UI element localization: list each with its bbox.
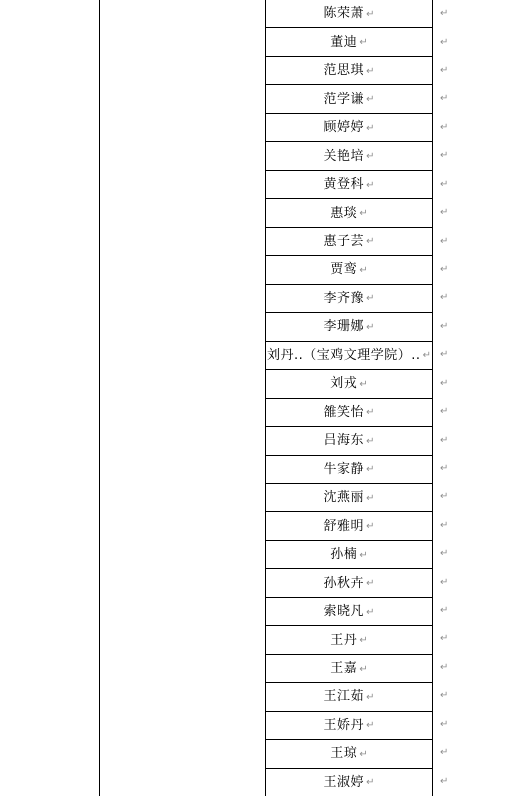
name-column: 陈荣萧 ↵ 董迪 ↵ 范思琪 ↵ 范学谦 ↵ 顾婷婷 ↵ 关艳培 ↵ 黄登科 ↵… (265, 0, 433, 796)
table-row[interactable]: 王娇丹 ↵ (266, 712, 432, 740)
table-row[interactable]: 沈燕丽 ↵ (266, 484, 432, 512)
student-name: 孙秋卉 (324, 577, 365, 590)
student-name: 董迪 (330, 36, 357, 49)
student-name: 黄登科 (324, 178, 365, 191)
row-end-mark-row: ↵ (434, 284, 464, 312)
student-name: 刘戎 (330, 377, 357, 390)
row-end-mark-row: ↵ (434, 426, 464, 454)
student-name: 牛家静 (324, 463, 365, 476)
paragraph-mark-icon: ↵ (366, 181, 374, 191)
student-name: 惠子芸 (324, 235, 365, 248)
row-end-mark-row: ↵ (434, 568, 464, 596)
paragraph-mark-icon: ↵ (366, 721, 374, 731)
table-row[interactable]: 关艳培 ↵ (266, 142, 432, 170)
row-end-mark-icon: ↵ (440, 265, 448, 275)
paragraph-mark-icon: ↵ (366, 294, 374, 304)
paragraph-mark-icon: ↵ (359, 551, 367, 561)
paragraph-mark-icon: ↵ (366, 778, 374, 788)
paragraph-mark-icon: ↵ (366, 494, 374, 504)
row-end-mark-icon: ↵ (440, 492, 448, 502)
student-name: 惠琰 (330, 207, 357, 220)
row-end-mark-row: ↵ (434, 625, 464, 653)
student-name: 孙楠 (330, 548, 357, 561)
student-name: 王淑婷 (324, 776, 365, 789)
row-end-mark-icon: ↵ (440, 606, 448, 616)
row-end-mark-icon: ↵ (440, 38, 448, 48)
row-end-mark-icon: ↵ (440, 578, 448, 588)
row-end-mark-icon: ↵ (440, 151, 448, 161)
row-end-mark-icon: ↵ (440, 634, 448, 644)
table-row[interactable]: 吕海东 ↵ (266, 427, 432, 455)
row-end-mark-row: ↵ (434, 711, 464, 739)
row-end-mark-row: ↵ (434, 682, 464, 710)
row-end-mark-row: ↵ (434, 398, 464, 426)
student-name: 吕海东 (324, 434, 365, 447)
row-end-marks-column: ↵ ↵ ↵ ↵ ↵ ↵ ↵ ↵ ↵ ↵ ↵ ↵ ↵ ↵ ↵ ↵ (434, 0, 464, 796)
table-row[interactable]: 王丹 ↵ (266, 626, 432, 654)
table-row[interactable]: 王琼 ↵ (266, 740, 432, 768)
paragraph-mark-icon: ↵ (366, 408, 374, 418)
table-row[interactable]: 李齐豫 ↵ (266, 285, 432, 313)
row-end-mark-row: ↵ (434, 28, 464, 56)
row-end-mark-icon: ↵ (440, 549, 448, 559)
paragraph-mark-icon: ↵ (366, 437, 374, 447)
paragraph-mark-icon: ↵ (366, 579, 374, 589)
row-end-mark-icon: ↵ (440, 720, 448, 730)
row-end-mark-row: ↵ (434, 512, 464, 540)
row-end-mark-icon: ↵ (440, 777, 448, 787)
table-row[interactable]: 陈荣萧 ↵ (266, 0, 432, 28)
student-name: 范思琪 (324, 64, 365, 77)
row-end-mark-icon: ↵ (440, 521, 448, 531)
student-name: 王琼 (330, 747, 357, 760)
paragraph-mark-icon: ↵ (366, 152, 374, 162)
row-end-mark-icon: ↵ (440, 66, 448, 76)
row-end-mark-icon: ↵ (440, 293, 448, 303)
paragraph-mark-icon: ↵ (359, 38, 367, 48)
row-end-mark-icon: ↵ (440, 407, 448, 417)
student-name: 李齐豫 (324, 292, 365, 305)
paragraph-mark-icon: ↵ (366, 323, 374, 333)
paragraph-mark-icon: ↵ (366, 465, 374, 475)
table-row[interactable]: 牛家静 ↵ (266, 456, 432, 484)
table-row[interactable]: 王淑婷 ↵ (266, 769, 432, 796)
table-row[interactable]: 董迪 ↵ (266, 28, 432, 56)
table-row[interactable]: 雒笑怡 ↵ (266, 399, 432, 427)
table-row[interactable]: 李珊娜 ↵ (266, 313, 432, 341)
student-name: 范学谦 (324, 93, 365, 106)
paragraph-mark-icon: ↵ (359, 636, 367, 646)
table-row[interactable]: 范学谦 ↵ (266, 85, 432, 113)
student-name: 贾鸾 (330, 263, 357, 276)
row-end-mark-row: ↵ (434, 540, 464, 568)
row-end-mark-icon: ↵ (440, 322, 448, 332)
paragraph-mark-icon: ↵ (366, 95, 374, 105)
student-name: 关艳培 (324, 150, 365, 163)
row-end-mark-icon: ↵ (440, 464, 448, 474)
table-row[interactable]: 刘戎 ↵ (266, 370, 432, 398)
paragraph-mark-icon: ↵ (359, 665, 367, 675)
empty-left-cell[interactable] (100, 0, 265, 796)
row-end-mark-row: ↵ (434, 369, 464, 397)
row-end-mark-row: ↵ (434, 227, 464, 255)
row-end-mark-row: ↵ (434, 597, 464, 625)
paragraph-mark-icon: ↵ (366, 124, 374, 134)
student-name: 雒笑怡 (324, 406, 365, 419)
row-end-mark-row: ↵ (434, 114, 464, 142)
student-name: 顾婷婷 (324, 121, 365, 134)
paragraph-mark-icon: ↵ (423, 351, 431, 361)
student-name: 陈荣萧 (324, 7, 365, 20)
row-end-mark-row: ↵ (434, 313, 464, 341)
student-name: 索晓凡 (324, 605, 365, 618)
table-row[interactable]: 孙楠 ↵ (266, 541, 432, 569)
paragraph-mark-icon: ↵ (366, 67, 374, 77)
row-end-mark-icon: ↵ (440, 350, 448, 360)
row-end-mark-icon: ↵ (440, 180, 448, 190)
row-end-mark-row: ↵ (434, 455, 464, 483)
table-row[interactable]: 贾鸾 ↵ (266, 256, 432, 284)
row-end-mark-row: ↵ (434, 739, 464, 767)
table-row[interactable]: 范思琪 ↵ (266, 57, 432, 85)
row-end-mark-icon: ↵ (440, 691, 448, 701)
student-name: 李珊娜 (324, 320, 365, 333)
paragraph-mark-icon: ↵ (359, 750, 367, 760)
paragraph-mark-icon: ↵ (366, 10, 374, 20)
row-end-mark-icon: ↵ (440, 9, 448, 19)
row-end-mark-row: ↵ (434, 199, 464, 227)
row-end-mark-row: ↵ (434, 85, 464, 113)
paragraph-mark-icon: ↵ (366, 608, 374, 618)
row-end-mark-row: ↵ (434, 483, 464, 511)
paragraph-mark-icon: ↵ (366, 693, 374, 703)
row-end-mark-row: ↵ (434, 341, 464, 369)
paragraph-mark-icon: ↵ (366, 522, 374, 532)
row-end-mark-row: ↵ (434, 256, 464, 284)
row-end-mark-row: ↵ (434, 767, 464, 795)
row-end-mark-row: ↵ (434, 142, 464, 170)
paragraph-mark-icon: ↵ (359, 380, 367, 390)
row-end-mark-icon: ↵ (440, 94, 448, 104)
table-row[interactable]: 顾婷婷 ↵ (266, 114, 432, 142)
student-name: 舒雅明 (324, 520, 365, 533)
paragraph-mark-icon: ↵ (359, 266, 367, 276)
student-name: 王江茹 (324, 690, 365, 703)
row-end-mark-icon: ↵ (440, 436, 448, 446)
row-end-mark-row: ↵ (434, 0, 464, 28)
table-row[interactable]: 刘丹..（宝鸡文理学院）.. ↵ (266, 342, 432, 370)
paragraph-mark-icon: ↵ (359, 209, 367, 219)
table-row[interactable]: 索晓凡 ↵ (266, 598, 432, 626)
table-row[interactable]: 惠琰 ↵ (266, 199, 432, 227)
row-end-mark-icon: ↵ (440, 748, 448, 758)
table-row[interactable]: 王嘉 ↵ (266, 655, 432, 683)
student-name: 王娇丹 (324, 719, 365, 732)
document-page: 陈荣萧 ↵ 董迪 ↵ 范思琪 ↵ 范学谦 ↵ 顾婷婷 ↵ 关艳培 ↵ 黄登科 ↵… (0, 0, 519, 796)
row-end-mark-icon: ↵ (440, 123, 448, 133)
table-row[interactable]: 孙秋卉 ↵ (266, 569, 432, 597)
row-end-mark-row: ↵ (434, 171, 464, 199)
row-end-mark-icon: ↵ (440, 379, 448, 389)
row-end-mark-row: ↵ (434, 57, 464, 85)
student-name: 王丹 (330, 634, 357, 647)
row-end-mark-row: ↵ (434, 654, 464, 682)
table-row[interactable]: 舒雅明 ↵ (266, 512, 432, 540)
table-row[interactable]: 王江茹 ↵ (266, 683, 432, 711)
row-end-mark-icon: ↵ (440, 663, 448, 673)
row-end-mark-icon: ↵ (440, 237, 448, 247)
student-name: 王嘉 (330, 662, 357, 675)
table-row[interactable]: 黄登科 ↵ (266, 171, 432, 199)
table-row[interactable]: 惠子芸 ↵ (266, 228, 432, 256)
student-name: 沈燕丽 (324, 491, 365, 504)
row-end-mark-icon: ↵ (440, 208, 448, 218)
student-name: 刘丹..（宝鸡文理学院）.. (267, 349, 421, 362)
paragraph-mark-icon: ↵ (366, 237, 374, 247)
